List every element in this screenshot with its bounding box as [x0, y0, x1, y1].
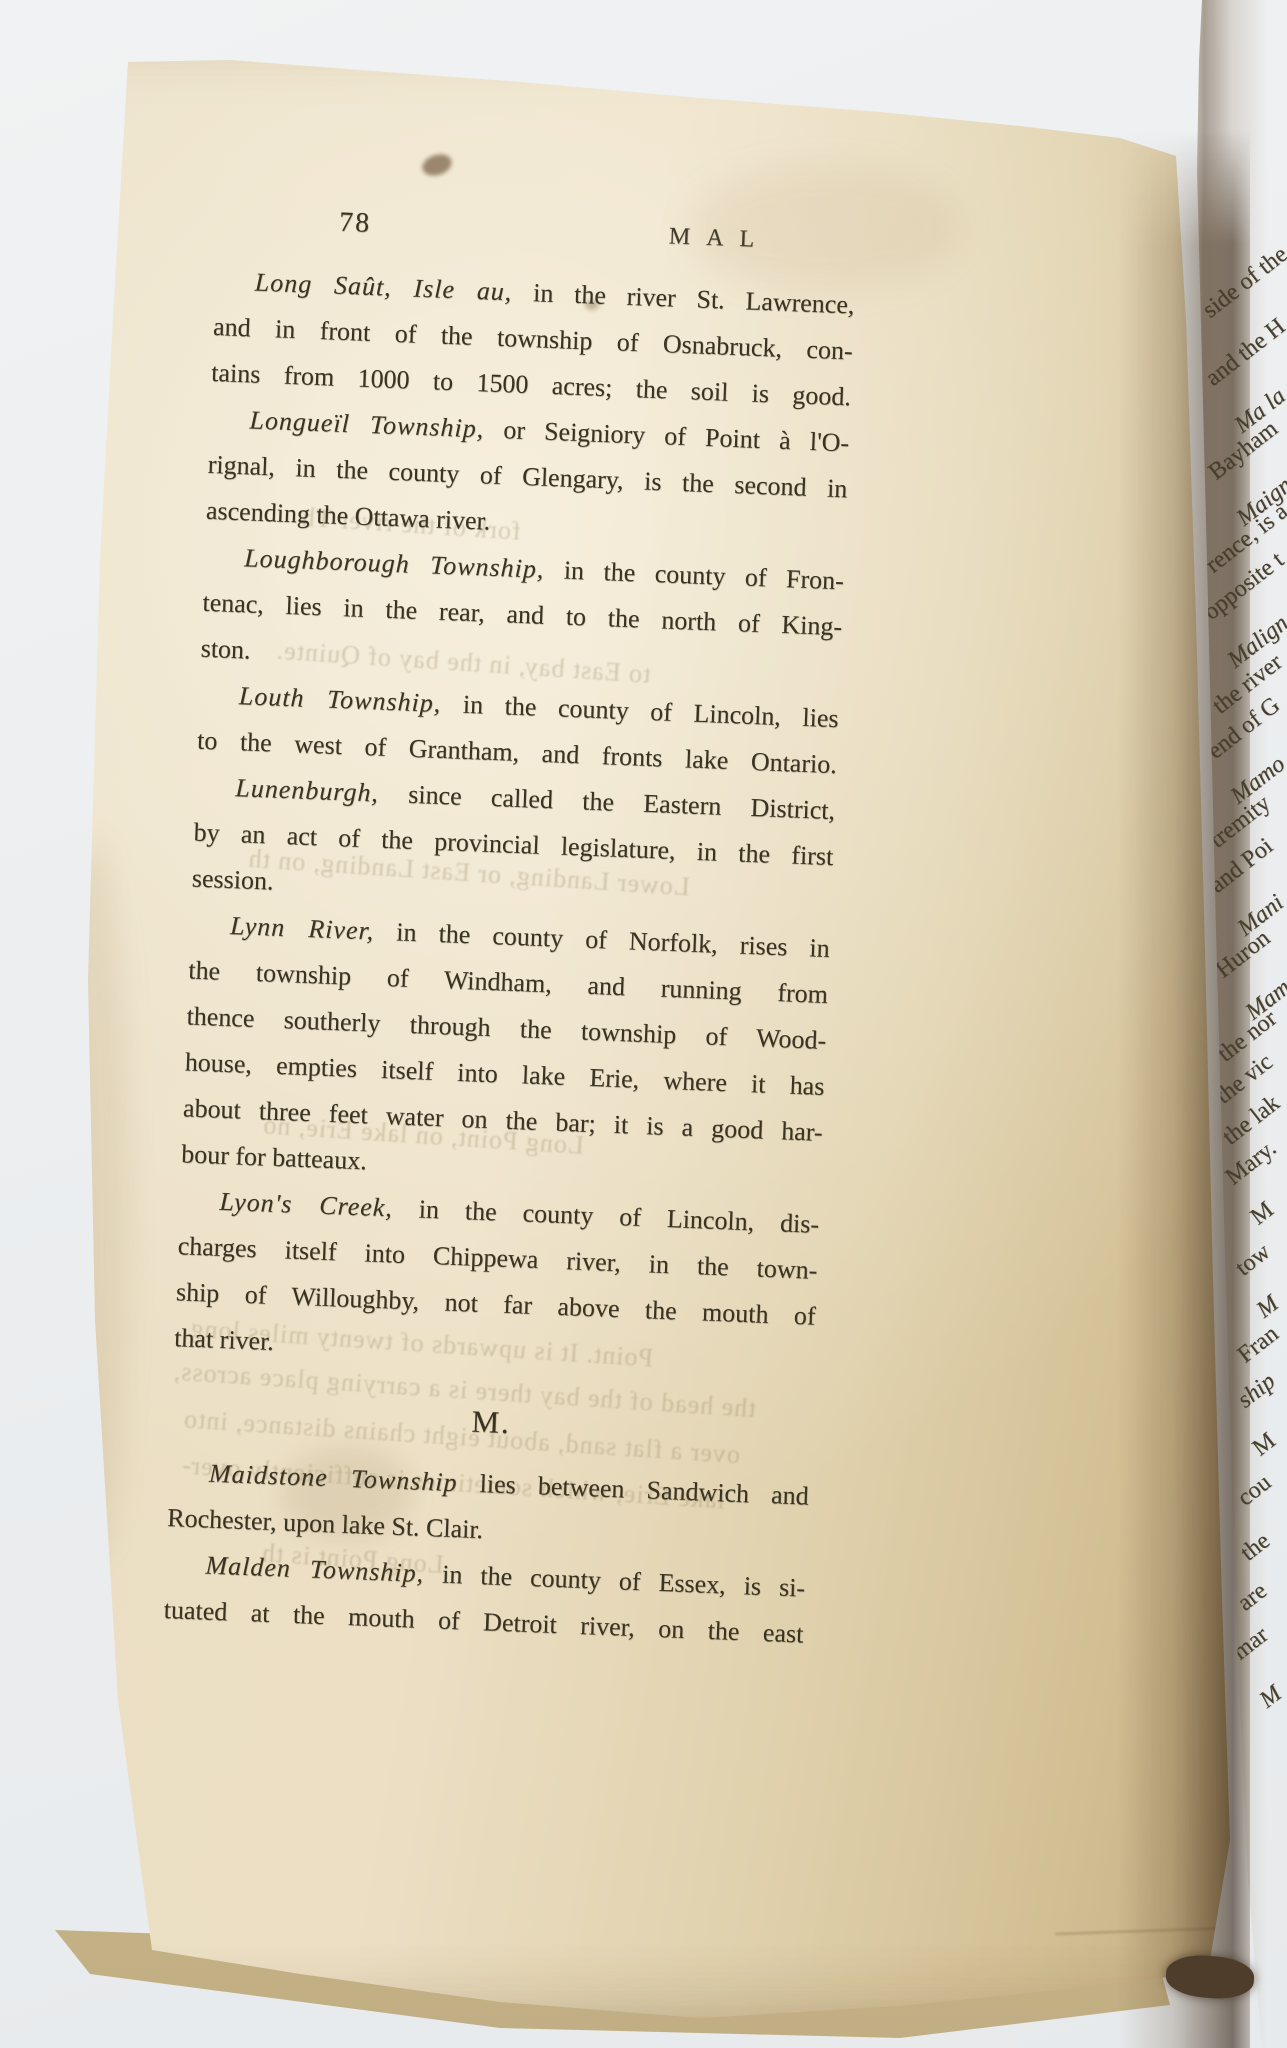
- right-page-text-fragment: M: [1246, 1197, 1279, 1231]
- ink-stain: [420, 151, 455, 179]
- right-page-text-fragment: the: [1236, 1528, 1276, 1567]
- entry-paragraph: Longueïl Township, or Seigniory of Point…: [205, 396, 850, 558]
- right-page-text-fragment: Fran: [1233, 1321, 1284, 1369]
- entry-lead: Loughborough Township,: [244, 543, 545, 584]
- right-page-text-fragment: tow: [1231, 1239, 1276, 1282]
- section-heading: M.: [171, 1387, 812, 1458]
- entry-lead: Lyon's Creek,: [219, 1187, 393, 1223]
- right-page-text-fragment: are: [1233, 1578, 1273, 1617]
- entry-lead: Malden Township,: [205, 1551, 425, 1588]
- edge-toning: [58, 840, 128, 1560]
- photo-backdrop: 78 MAL fork of the river Thto East bay, …: [0, 0, 1287, 2048]
- entry-lead: Lynn River,: [230, 911, 375, 946]
- entry-lead: Lunenburgh,: [235, 773, 380, 807]
- entry-lead: Long Saût, Isle au,: [254, 267, 513, 306]
- book-left-page: 78 MAL fork of the river Thto East bay, …: [0, 0, 1287, 2048]
- page-content: 78 MAL fork of the river Thto East bay, …: [163, 200, 858, 1658]
- entry-paragraph: Loughborough Township, in the county of …: [200, 534, 845, 696]
- entry-paragraph: Lynn River, in the county of Norfolk, ri…: [180, 901, 830, 1201]
- entry-lead: Louth Township,: [238, 681, 442, 718]
- entry-paragraph: Lunenburgh, since called the Eastern Dis…: [191, 764, 836, 926]
- right-page-text-fragment: M: [1255, 1681, 1287, 1715]
- right-page-text-fragment: mar: [1228, 1622, 1274, 1666]
- entry-paragraph: Long Saût, Isle au, in the river St. Law…: [210, 258, 855, 420]
- binding-gap: [1165, 1953, 1256, 2001]
- entry-lead: Maidstone Township: [209, 1459, 459, 1498]
- right-page-text-fragment: side of the: [1198, 241, 1287, 324]
- entry-lead: Longueïl Township,: [249, 405, 485, 443]
- right-page-text-fragment: cou: [1233, 1470, 1277, 1513]
- right-page-text-fragment: and the H: [1201, 313, 1287, 392]
- right-page-text-fragment: ship: [1233, 1368, 1281, 1414]
- page-crease: [1055, 1927, 1230, 1935]
- entry-paragraph: Lyon's Creek, in the county of Lincoln, …: [173, 1177, 820, 1385]
- entries: Long Saût, Isle au, in the river St. Law…: [163, 200, 858, 1658]
- right-page-text-fragment: M: [1252, 1291, 1284, 1325]
- right-page-text-fragment: M: [1248, 1428, 1281, 1462]
